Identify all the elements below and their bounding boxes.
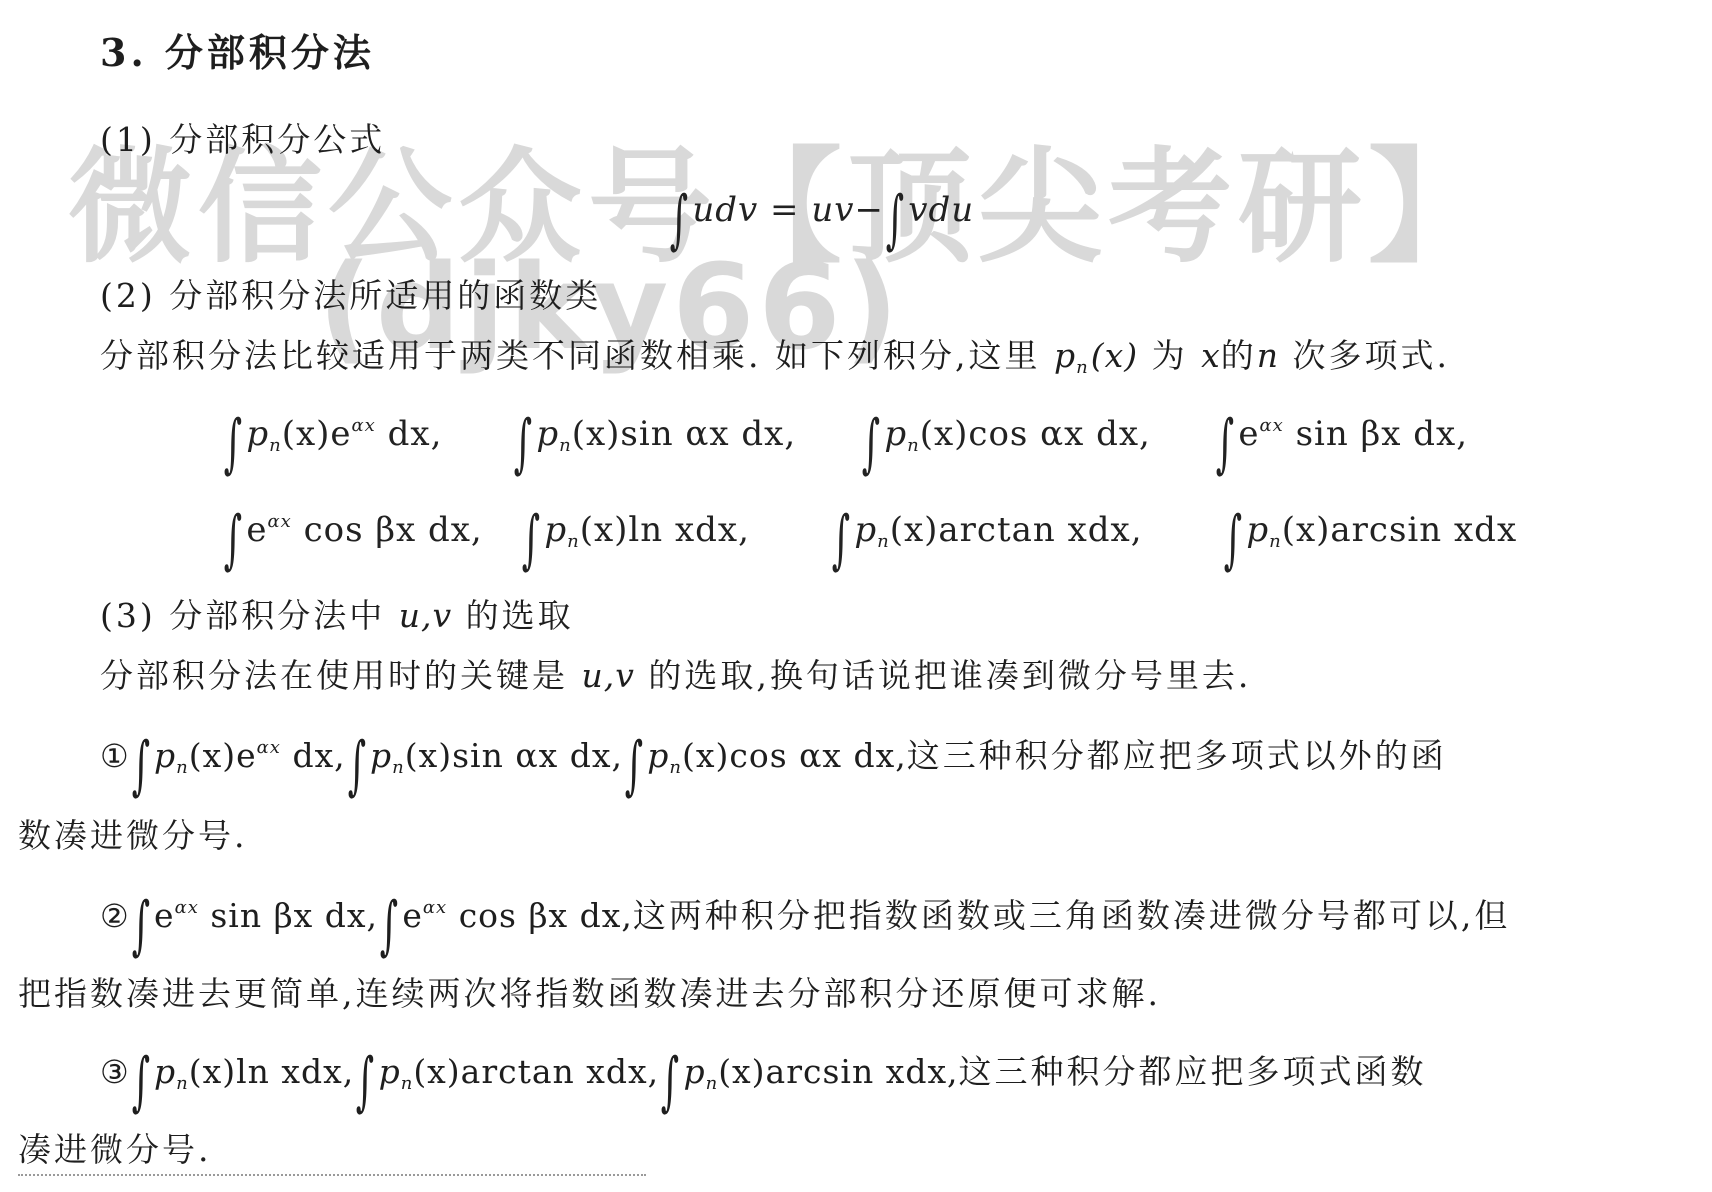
- formula-uv: uv: [811, 190, 854, 230]
- term-mid: (x)arcsin xdx,: [718, 1052, 958, 1091]
- term-sup: αx: [175, 897, 199, 918]
- term-pre: p: [854, 510, 877, 550]
- term-pre: e: [154, 896, 175, 935]
- integral-term: ∫pn(x)ln xdx,: [520, 508, 750, 572]
- integral-term: ∫pn(x)arctan xdx,: [830, 508, 1143, 572]
- part2-heading: (2) 分部积分法所适用的函数类: [100, 270, 601, 317]
- term-post: sin βx dx,: [1284, 414, 1468, 454]
- formula-equals: =: [770, 190, 800, 230]
- rule-item-3: ③∫pn(x)ln xdx,∫pn(x)arctan xdx,∫pn(x)arc…: [100, 1046, 1427, 1114]
- formula-rhs: vdu: [908, 190, 974, 230]
- integral-sign-icon: ∫: [224, 412, 243, 476]
- intro-text: 分部积分法在使用时的关键是: [100, 656, 568, 695]
- term-sub: n: [401, 1073, 414, 1094]
- term-mid: (x)arctan xdx,: [413, 1052, 659, 1091]
- term-post: cos βx dx,: [447, 896, 633, 935]
- desc-var-x: x: [1201, 336, 1221, 375]
- integral-term: ∫pn(x)sin αx dx,: [512, 412, 796, 476]
- item-text: 这两种积分把指数函数或三角函数凑进微分号都可以,但: [633, 896, 1511, 935]
- rule-item-2-continuation: 把指数凑进去更简单,连续两次将指数函数凑进去分部积分还原便可求解.: [18, 968, 1161, 1015]
- intro-text-after: 的选取,换句话说把谁凑到微分号里去.: [648, 656, 1251, 695]
- term-sup: αx: [267, 511, 291, 532]
- desc-pn-arg: (x): [1091, 336, 1138, 375]
- integral-sign-icon: ∫: [347, 734, 366, 798]
- section-title: 3. 分部积分法: [100, 22, 375, 77]
- integral-term: ∫pn(x)eαx dx,: [222, 412, 442, 476]
- desc-pn: p: [1054, 336, 1076, 375]
- part3-intro: 分部积分法在使用时的关键是 u,v 的选取,换句话说把谁凑到微分号里去.: [100, 650, 1251, 697]
- term-pre: p: [1246, 510, 1269, 550]
- term-sub: n: [907, 435, 920, 456]
- integral-sign-icon: ∫: [356, 1050, 375, 1114]
- integral-sign-icon: ∫: [514, 412, 533, 476]
- heading-text: (3) 分部积分法中: [100, 596, 385, 635]
- rule-item-2: ②∫eαx sin βx dx,∫eαx cos βx dx,这两种积分把指数函…: [100, 890, 1510, 958]
- footnote-divider: [18, 1174, 646, 1176]
- formula-minus: −: [854, 190, 884, 230]
- term-mid: (x)e: [189, 736, 257, 775]
- term-sub: n: [176, 757, 189, 778]
- term-sup: αx: [423, 897, 447, 918]
- term-mid: (x)arctan xdx,: [890, 510, 1143, 550]
- desc-text-after: 次多项式.: [1292, 336, 1450, 375]
- integral-sign-icon: ∫: [625, 734, 644, 798]
- integral-sign-icon: ∫: [1216, 412, 1235, 476]
- desc-text-before: 分部积分法比较适用于两类不同函数相乘. 如下列积分,这里: [100, 336, 1040, 375]
- desc-text-mid1: 为: [1152, 336, 1188, 375]
- rule-item-3-continuation: 凑进微分号.: [18, 1124, 212, 1171]
- term-pre: p: [154, 736, 176, 775]
- term-pre: p: [683, 1052, 705, 1091]
- integral-sign-icon: ∫: [522, 508, 541, 572]
- part2-description: 分部积分法比较适用于两类不同函数相乘. 如下列积分,这里 pn(x) 为 x的n…: [100, 330, 1450, 378]
- desc-var-n: n: [1257, 336, 1279, 375]
- term-pre: p: [154, 1052, 176, 1091]
- integral-sign-icon: ∫: [224, 508, 243, 572]
- circled-number-1-icon: ①: [100, 737, 130, 775]
- term-pre: e: [246, 510, 267, 550]
- term-mid: (x)ln xdx,: [189, 1052, 355, 1091]
- integral-term: ∫eαx sin βx dx,: [1214, 412, 1468, 476]
- item-text: 这三种积分都应把多项式以外的函: [907, 736, 1447, 775]
- part3-heading: (3) 分部积分法中 u,v 的选取: [100, 590, 574, 637]
- part1-heading: (1) 分部积分公式: [100, 114, 385, 161]
- term-sub: n: [176, 1073, 189, 1094]
- integral-sign-icon: ∫: [131, 1050, 150, 1114]
- term-post: sin βx dx,: [199, 896, 378, 935]
- integration-by-parts-formula: ∫udv = uv−∫vdu: [668, 188, 974, 252]
- integral-sign-icon: ∫: [862, 412, 881, 476]
- term-pre: p: [379, 1052, 401, 1091]
- integral-sign-icon: ∫: [670, 188, 689, 252]
- term-sub: n: [567, 531, 580, 552]
- term-post: dx,: [376, 414, 443, 454]
- integral-sign-icon: ∫: [832, 508, 851, 572]
- integral-sign-icon: ∫: [661, 1050, 680, 1114]
- term-post: cos βx dx,: [292, 510, 483, 550]
- rule-item-1: ①∫pn(x)eαx dx,∫pn(x)sin αx dx,∫pn(x)cos …: [100, 730, 1447, 798]
- term-pre: p: [884, 414, 907, 454]
- item-text: 这三种积分都应把多项式函数: [959, 1052, 1427, 1091]
- heading-vars: u,v: [399, 596, 452, 635]
- term-sup: αx: [1259, 415, 1283, 436]
- term-pre: e: [402, 896, 423, 935]
- integral-sign-icon: ∫: [131, 734, 150, 798]
- term-mid: (x)e: [282, 414, 352, 454]
- integral-sign-icon: ∫: [1224, 508, 1243, 572]
- term-sub: n: [1269, 531, 1282, 552]
- term-pre: p: [536, 414, 559, 454]
- integral-term: ∫pn(x)cos αx dx,: [860, 412, 1151, 476]
- term-post: dx,: [281, 736, 346, 775]
- term-pre: p: [370, 736, 392, 775]
- term-sub: n: [706, 1073, 719, 1094]
- term-sub: n: [392, 757, 405, 778]
- circled-number-2-icon: ②: [100, 897, 130, 935]
- term-pre: p: [647, 736, 669, 775]
- desc-text-mid2: 的: [1221, 336, 1257, 375]
- term-sup: αx: [352, 415, 376, 436]
- integral-sign-icon: ∫: [131, 894, 150, 958]
- integral-term: ∫pn(x)arcsin xdx: [1222, 508, 1517, 572]
- rule-item-1-continuation: 数凑进微分号.: [18, 810, 248, 857]
- term-mid: (x)cos αx dx,: [682, 736, 907, 775]
- integral-term: ∫eαx cos βx dx,: [222, 508, 483, 572]
- formula-lhs: udv: [692, 190, 758, 230]
- integral-sign-icon: ∫: [380, 894, 399, 958]
- intro-vars: u,v: [582, 656, 635, 695]
- term-sub: n: [559, 435, 572, 456]
- term-sub: n: [669, 757, 682, 778]
- document-page: 3. 分部积分法 (1) 分部积分公式 ∫udv = uv−∫vdu (2) 分…: [0, 0, 1712, 1192]
- term-sub: n: [269, 435, 282, 456]
- term-sup: αx: [257, 737, 281, 758]
- integral-sign-icon: ∫: [886, 188, 905, 252]
- term-mid: (x)ln xdx,: [580, 510, 750, 550]
- term-mid: (x)sin αx dx,: [405, 736, 623, 775]
- term-sub: n: [877, 531, 890, 552]
- term-pre: p: [246, 414, 269, 454]
- desc-pn-sub: n: [1076, 357, 1091, 378]
- heading-text-after: 的选取: [466, 596, 574, 635]
- term-pre: p: [544, 510, 567, 550]
- term-mid: (x)sin αx dx,: [572, 414, 796, 454]
- term-mid: (x)arcsin xdx: [1282, 510, 1517, 550]
- term-pre: e: [1238, 414, 1259, 454]
- term-mid: (x)cos αx dx,: [920, 414, 1151, 454]
- circled-number-3-icon: ③: [100, 1053, 130, 1091]
